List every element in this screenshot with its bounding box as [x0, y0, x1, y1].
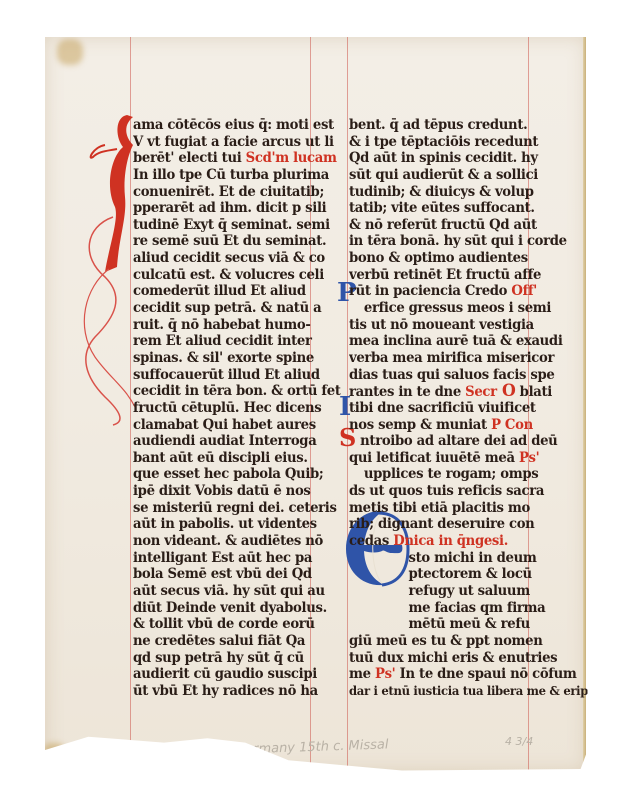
- text-line: qui letificat iuuētē meā: [349, 450, 519, 466]
- text-line: mea inclina aurē tuā & exaudi: [349, 333, 622, 350]
- text-line: conuenirēt. Et de ciuitatib;: [133, 184, 341, 201]
- decorated-initial-s: [75, 107, 137, 447]
- text-line: dar i etnū iusticia tua libera me & erip…: [349, 683, 622, 700]
- rubric-communion: P Con: [491, 417, 533, 433]
- text-line: me facias qm firma: [349, 600, 622, 617]
- text-line: In illo tpe Cū turba plurima: [133, 167, 341, 184]
- text-line: Qd aūt in spinis cecidit. hy: [349, 150, 622, 167]
- text-line-with-rubric: me Ps' In te dne spaui nō cōfum: [349, 666, 622, 683]
- text-line-with-rubric: qui letificat iuuētē meā Ps': [349, 450, 622, 467]
- rubric-psalm: Ps': [375, 666, 395, 682]
- text-line: cecidit in tēra bon. & ortū fet: [133, 383, 341, 400]
- text-line: sūt qui audierūt & a sollici: [349, 167, 622, 184]
- pencil-note: 4 3/4: [505, 735, 533, 748]
- text-line: pperarēt ad ihm. dicit p sili: [133, 200, 341, 217]
- pencil-note: Germany 15th c. Missal: [235, 737, 389, 757]
- text-line: comederūt illud Et aliud: [133, 283, 341, 300]
- text-line: audierit cū gaudio suscipi: [133, 666, 341, 683]
- text-line: dias tuas qui saluos facis spe: [349, 367, 622, 384]
- text-line: tis ut nō moueant vestigia: [349, 317, 622, 334]
- text-line-with-rubric: nos semp & muniat P Con: [349, 417, 622, 434]
- text-line: ds ut quos tuis reficis sacra: [349, 483, 622, 500]
- text-line: mētū meū & refu: [349, 616, 622, 633]
- text-line: ūt vbū Et hy radices nō ha: [133, 683, 341, 700]
- text-line: giū meū es tu & ppt nomen: [349, 633, 622, 650]
- rubric-psalm: Ps': [519, 450, 539, 466]
- text-line: bono & optimo audientes: [349, 250, 622, 267]
- text-line: ruit. q̄ nō habebat humo-: [133, 317, 341, 334]
- rubric-offertory: Off': [511, 283, 537, 299]
- text-line: erfice gressus meos i semi: [349, 300, 622, 317]
- text-line: bant aūt eū discipli eius.: [133, 450, 341, 467]
- initial-o: O: [497, 383, 516, 400]
- text-line: clamabat Qui habet aures: [133, 417, 341, 434]
- text-line: tatib; vite eūtes suffocant.: [349, 200, 622, 217]
- text-line: bola Semē est vbū dei Qd: [133, 566, 341, 583]
- rubric-quinquagesima: Dnica in q̄ngesi.: [393, 533, 508, 549]
- text-line: sto michi in deum: [349, 550, 622, 567]
- text-line: & nō referūt fructū Qd aūt: [349, 217, 622, 234]
- text-line: aūt in pabolis. ut videntes: [133, 516, 341, 533]
- text-line: & tollit vbū de corde eorū: [133, 616, 341, 633]
- water-stain: [57, 39, 83, 65]
- text-line: rantes in te dne: [349, 384, 465, 400]
- text-line: me: [349, 666, 375, 682]
- text-line: ne credētes salui fiāt Qa: [133, 633, 341, 650]
- text-line: in tēra bonā. hy sūt qui i corde: [349, 233, 622, 250]
- manuscript-leaf: P I S ama cōtēcōs eius q̄: moti est V vt…: [45, 37, 586, 772]
- text-line: suffocauerūt illud Et aliud: [133, 367, 341, 384]
- text-line: cedas: [349, 533, 393, 549]
- text-line: ntroibo ad altare dei ad deū: [349, 433, 622, 450]
- text-line: verbū retinēt Et fructū affe: [349, 267, 622, 284]
- text-line: se misteriū regni dei. ceteris: [133, 500, 341, 517]
- text-line: In te dne spaui nō cōfum: [395, 666, 576, 682]
- left-text-column: ama cōtēcōs eius q̄: moti est V vt fugia…: [133, 117, 341, 699]
- text-line: fructū cētuplū. Hec dicens: [133, 400, 341, 417]
- text-line: upplices te rogam; omps: [349, 466, 622, 483]
- text-line: re semē suū Et du seminat.: [133, 233, 341, 250]
- text-line: ama cōtēcōs eius q̄: moti est: [133, 117, 341, 134]
- text-line: que esset hec pabola Quib;: [133, 466, 341, 483]
- right-text-column: bent. q̄ ad tēpus credunt. & i tpe tēpta…: [349, 117, 622, 699]
- text-line: diūt Deinde venit dyabolus.: [133, 600, 341, 617]
- text-line: rem Et aliud cecidit inter: [133, 333, 341, 350]
- text-line: berēt' electi tui: [133, 150, 246, 166]
- text-line: verba mea mirifica misericor: [349, 350, 622, 367]
- text-line: audiendi audiat Interroga: [133, 433, 341, 450]
- text-line: non videant. & audiētes nō: [133, 533, 341, 550]
- rubric-scdm-lucam: Scd'm lucam: [246, 150, 337, 166]
- text-line: bent. q̄ ad tēpus credunt.: [349, 117, 622, 134]
- text-line: qd sup petrā hy sūt q̄ cū: [133, 650, 341, 667]
- text-line: blati: [515, 384, 552, 400]
- text-line: intelligant Est aūt hec pa: [133, 550, 341, 567]
- text-line-with-rubric: berēt' electi tui Scd'm lucam: [133, 150, 341, 167]
- rubric-secreta: Secr: [465, 384, 497, 400]
- text-line: metis tibi etiā placitis mo: [349, 500, 622, 517]
- text-line: ptectorem & locū: [349, 566, 622, 583]
- text-line-with-rubric: rūt in paciencia Credo Off': [349, 283, 622, 300]
- text-line: nos semp & muniat: [349, 417, 491, 433]
- text-line: rūt in paciencia Credo: [349, 283, 511, 299]
- text-line: aliud cecidit secus viā & co: [133, 250, 341, 267]
- text-line: V vt fugiat a facie arcus ut li: [133, 134, 341, 151]
- text-line: aūt secus viā. hy sūt qui au: [133, 583, 341, 600]
- text-line: tibi dne sacrificiū viuificet: [349, 400, 622, 417]
- text-line: spinas. & sil' exorte spine: [133, 350, 341, 367]
- text-line: cecidit sup petrā. & natū a: [133, 300, 341, 317]
- text-line: culcatū est. & volucres celi: [133, 267, 341, 284]
- text-line: refugy ut saluum: [349, 583, 622, 600]
- text-line: tudinē Exyt q̄ seminat. semi: [133, 217, 341, 234]
- text-line: ipē dixit Vobis datū ē nos: [133, 483, 341, 500]
- text-line: tuū dux michi eris & enutries: [349, 650, 622, 667]
- text-line: tudinib; & diuicys & volup: [349, 184, 622, 201]
- text-line: rib; dignant deseruire con: [349, 516, 622, 533]
- text-line-with-rubric: rantes in te dne Secr O blati: [349, 383, 622, 400]
- water-stain: [43, 743, 65, 761]
- text-line: & i tpe tēptaciōis recedunt: [349, 134, 622, 151]
- text-line-with-rubric: cedas Dnica in q̄ngesi.: [349, 533, 622, 550]
